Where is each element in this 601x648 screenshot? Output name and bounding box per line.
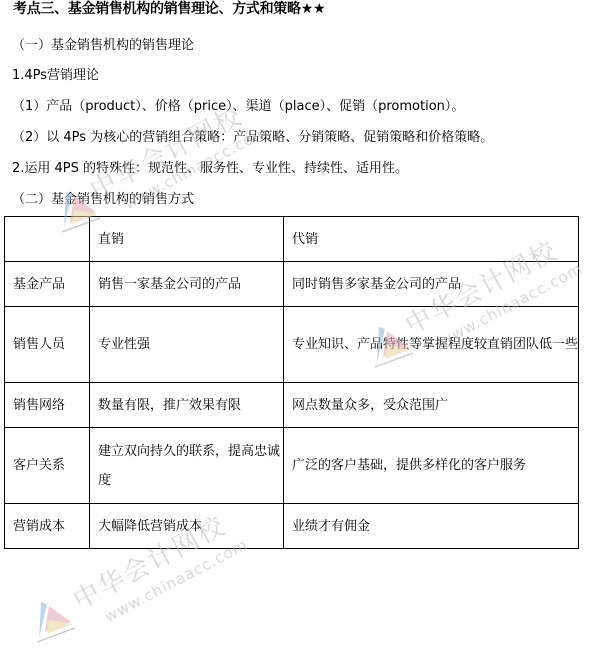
table-cell: 业绩才有佣金: [284, 504, 579, 549]
table-cell: 专业知识、产品特性等掌握程度较直销团队低一些: [284, 307, 579, 383]
table-cell: 同时销售多家基金公司的产品: [284, 262, 579, 307]
table-cell: 建立双向持久的联系，提高忠诚度: [90, 428, 284, 504]
table-row: 营销成本 大幅降低营销成本 业绩才有佣金: [5, 504, 579, 549]
table-row: 基金产品 销售一家基金公司的产品 同时销售多家基金公司的产品: [5, 262, 579, 307]
table-header-cell: [5, 217, 90, 262]
table-row-label: 客户关系: [5, 428, 90, 504]
section-heading-theory: （一）基金销售机构的销售理论: [12, 38, 194, 54]
table-row-label: 基金产品: [5, 262, 90, 307]
table-cell: 销售一家基金公司的产品: [90, 262, 284, 307]
table-cell: 广泛的客户基础，提供多样化的客户服务: [284, 428, 579, 504]
paragraph-4ps-strategies: （2）以 4Ps 为核心的营销组合策略：产品策略、分销策略、促销策略和价格策略。: [12, 130, 493, 146]
table-row-label: 销售网络: [5, 383, 90, 428]
table-row-label: 销售人员: [5, 307, 90, 383]
sales-methods-table: 直销 代销 基金产品 销售一家基金公司的产品 同时销售多家基金公司的产品 销售人…: [4, 216, 579, 549]
table-cell: 大幅降低营销成本: [90, 504, 284, 549]
paragraph-4ps-elements: （1）产品（product）、价格（price）、渠道（place）、促销（pr…: [12, 99, 464, 115]
chinaacc-logo-icon: [35, 600, 95, 645]
subheading-4ps: 1.4Ps营销理论: [12, 68, 99, 84]
table-row: 销售网络 数量有限，推广效果有限 网点数量众多，受众范围广: [5, 383, 579, 428]
table-row: 客户关系 建立双向持久的联系，提高忠诚度 广泛的客户基础，提供多样化的客户服务: [5, 428, 579, 504]
paragraph-4ps-specialty: 2.运用 4PS 的特殊性：规范性、服务性、专业性、持续性、适用性。: [12, 161, 408, 177]
table-cell: 数量有限，推广效果有限: [90, 383, 284, 428]
section-heading-methods: （二）基金销售机构的销售方式: [12, 192, 194, 208]
table-row-label: 营销成本: [5, 504, 90, 549]
document-title: 考点三、基金销售机构的销售理论、方式和策略★★: [13, 1, 325, 17]
table-cell: 专业性强: [90, 307, 284, 383]
table-cell: 网点数量众多，受众范围广: [284, 383, 579, 428]
table-row: 销售人员 专业性强 专业知识、产品特性等掌握程度较直销团队低一些: [5, 307, 579, 383]
table-header-cell: 代销: [284, 217, 579, 262]
table-header-row: 直销 代销: [5, 217, 579, 262]
table-header-cell: 直销: [90, 217, 284, 262]
